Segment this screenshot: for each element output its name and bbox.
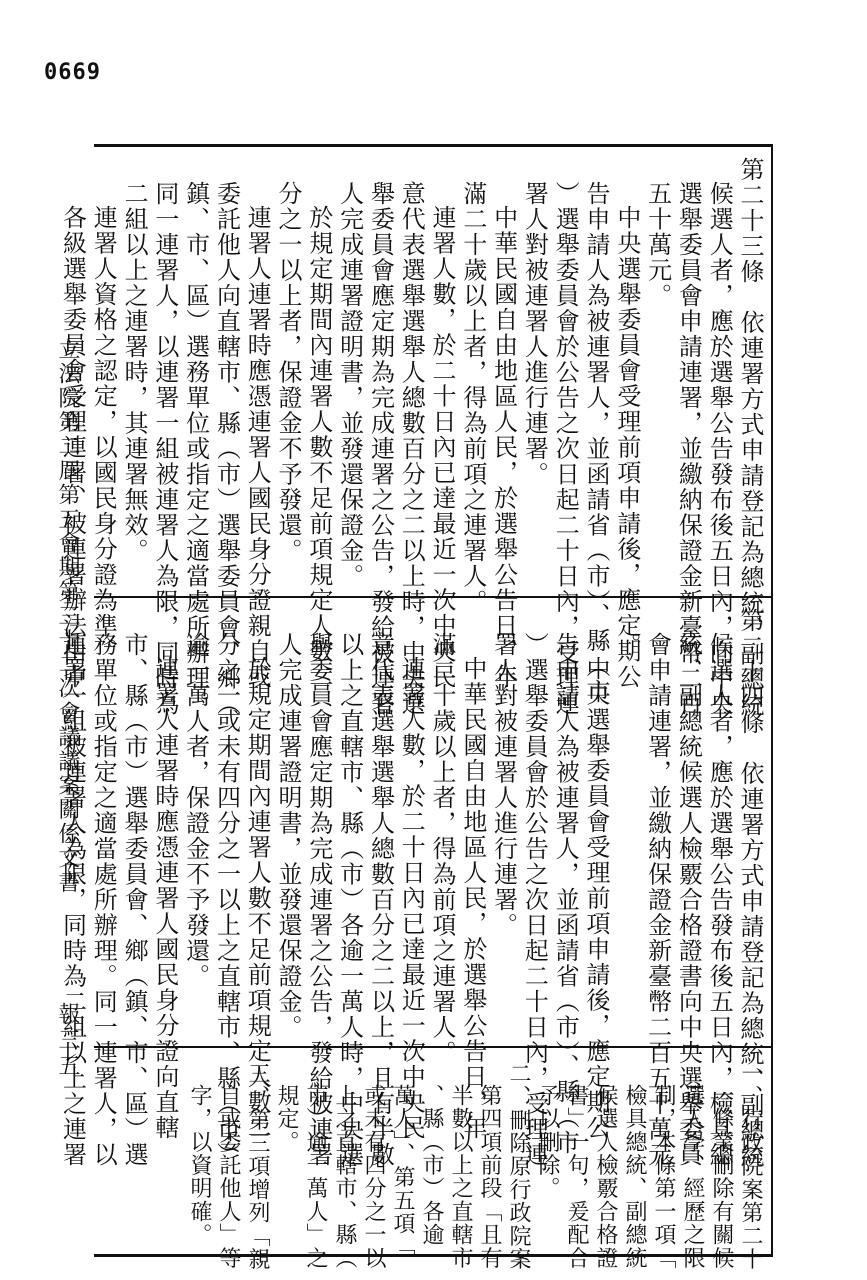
column-group: 一、行政院案第二十一條業刪除有關候選人學、經歷之限制，本條第一項「檢具總統、副總… [185,1062,765,1249]
text-column: 中央選舉委員會受理前項申請後，應定期公 [580,608,611,1038]
text-column: 同一連署人，以連署一組被連署人為限，同時為 [149,157,180,588]
text-column: 告申請人為被連署人，並函請省（市）、縣（市 [580,157,611,588]
text-column: 第四項前段「且有 [475,1062,504,1249]
text-column: 上之直轄市、縣（ [330,1062,359,1249]
text-column: 分之一以上者，保證金不予發還。 [272,157,303,588]
text-column: 規定。 [272,1062,301,1249]
text-column: 選舉委員會申請連署，並繳納保證金新臺幣二百 [673,157,704,588]
original-article-band: 第二十三條 依連署方式申請登記為總統、副總統候選人者，應於選舉公告發布後五日內，… [94,147,771,596]
text-column: 字，以資明確。 [185,1062,214,1249]
document-frame: 第二十三條 依連署方式申請登記為總統、副總統候選人者，應於選舉公告發布後五日內，… [94,144,773,1257]
revised-article-band: 第二十四條 依連署方式申請登記為總統、副總統候選人者，應於選舉公告發布後五日內，… [94,596,771,1046]
text-column: 三、第三項增列「親 [243,1062,272,1249]
text-column: 連署人連署時應憑連署人國民身分證向直轄 [149,608,180,1038]
text-column: 候選人者，應於選舉公告發布後五日內，向中央 [703,157,734,588]
text-column: 統、副總統候選人檢覈合格證書向中央選舉委員 [673,608,704,1038]
text-column: 署人對被連署人進行連署。 [519,157,550,588]
text-column: ）選舉委員會於公告之次日起二十日內，受理連 [549,157,580,588]
text-column: 意代表選舉選舉人總數百分之二以上時，中央選 [395,157,426,588]
text-column: 會申請連署，並繳納保證金新臺幣二百五十萬元 [642,608,673,1038]
text-column: 書」一句，爰配合 [562,1062,591,1249]
text-column: 委託他人向直轄市、縣（市）選舉委員會、鄉（ [211,157,242,588]
column-group: 第二十四條 依連署方式申請登記為總統、副總統候選人者，應於選舉公告發布後五日內，… [57,608,765,1038]
text-column: 以上之直轄市、縣（市）各逾一萬人時，中央選 [334,608,365,1038]
text-column: 二、刪除原行政院案 [504,1062,533,1249]
text-column: 分之一或未有四分之一以上之直轄市、縣（市） [211,608,242,1038]
text-column: 一、行政院案第二十 [736,1062,765,1249]
text-column: 逾一萬人者，保證金不予發還。 [180,608,211,1038]
text-column: 五十萬元。 [642,157,673,588]
text-column: 候選人者，應於選舉公告發布後五日內，檢具總 [703,608,734,1038]
page-number: 0669 [44,60,101,85]
text-column: 予以刪除。 [533,1062,562,1249]
text-column: 於規定期間內連署人數不足前項規定人數二 [241,608,272,1038]
text-column: 連署人資格之認定，以國民身分證為準。 [87,157,118,588]
text-column: 鎮、市、區）選務單位或指定之適當處所辦理。 [180,157,211,588]
text-column: 中華民國自由地區人民，於選舉公告日，年 [488,157,519,588]
text-column: ）選舉委員會於公告之次日起二十日內，受理連 [519,608,550,1038]
text-column: 或未有四分之一以 [359,1062,388,1249]
text-column: 候選人檢覈合格證 [591,1062,620,1249]
text-column: 第二十三條 依連署方式申請登記為總統、副總統 [734,157,765,588]
column-group: 第二十三條 依連署方式申請登記為總統、副總統候選人者，應於選舉公告發布後五日內，… [57,157,765,588]
text-column: 於規定期間內連署人數不足前項規定人數二 [303,157,334,588]
text-column: 二組以上之連署時，其連署無效。 [118,157,149,588]
text-column: 滿二十歲以上者，得為前項之連署人。 [426,608,457,1038]
text-column: 市、縣（市）選舉委員會、鄉（鎮、市、區）選 [118,608,149,1038]
text-column: 舉委員會應定期為完成連署之公告，發給被連署 [303,608,334,1038]
text-column: 萬人」、第五項「 [388,1062,417,1249]
text-column: 連署一組被連署人為限，同時為二組以上之連署 [57,608,88,1038]
text-column: 意代表選舉選舉人總數百分之二以上，且有半數 [365,608,396,1038]
text-column: 署人對被連署人進行連署。 [488,608,519,1038]
text-column: 一條業刪除有關候 [707,1062,736,1249]
text-column: 務單位或指定之適當處所辦理。同一連署人，以 [87,608,118,1038]
text-column: 市）逾一萬人」之 [301,1062,330,1249]
text-column: 中央選舉委員會受理前項申請後，應定期公 [611,157,642,588]
text-column: 連署人連署時應憑連署人國民身分證親自或 [241,157,272,588]
explanation-band: 一、行政院案第二十一條業刪除有關候選人學、經歷之限制，本條第一項「檢具總統、副總… [94,1046,771,1257]
text-column: 滿二十歲以上者，得為前項之連署人。 [457,157,488,588]
text-column: 中華民國自由地區人民，於選舉公告日，年 [457,608,488,1038]
text-column: 連署人數，於二十日內已達最近一次中央民 [426,157,457,588]
text-column: 人完成連署證明書，並發還保證金。 [334,157,365,588]
text-column: 。 [611,608,642,1038]
text-column: 人完成連署證明書，並發還保證金。 [272,608,303,1038]
text-column: 告申請人為被連署人，並函請省（市）、縣（市 [549,608,580,1038]
text-column: 、縣（市）各逾一 [417,1062,446,1249]
text-column: 選人學、經歷之限 [678,1062,707,1249]
text-column: 各級選舉委員會受理連署、被連署辦法由中 [57,157,88,588]
text-column: 制，本條第一項「 [649,1062,678,1249]
text-column: 自或委託他人」等 [214,1062,243,1249]
text-column: 半數以上之直轄市 [446,1062,475,1249]
text-column: 連署人數，於二十日內已達最近一次中央民 [395,608,426,1038]
text-column: 舉委員會應定期為完成連署之公告，發給被連署 [365,157,396,588]
text-column: 檢具總統、副總統 [620,1062,649,1249]
text-column: 第二十四條 依連署方式申請登記為總統、副總統 [734,608,765,1038]
